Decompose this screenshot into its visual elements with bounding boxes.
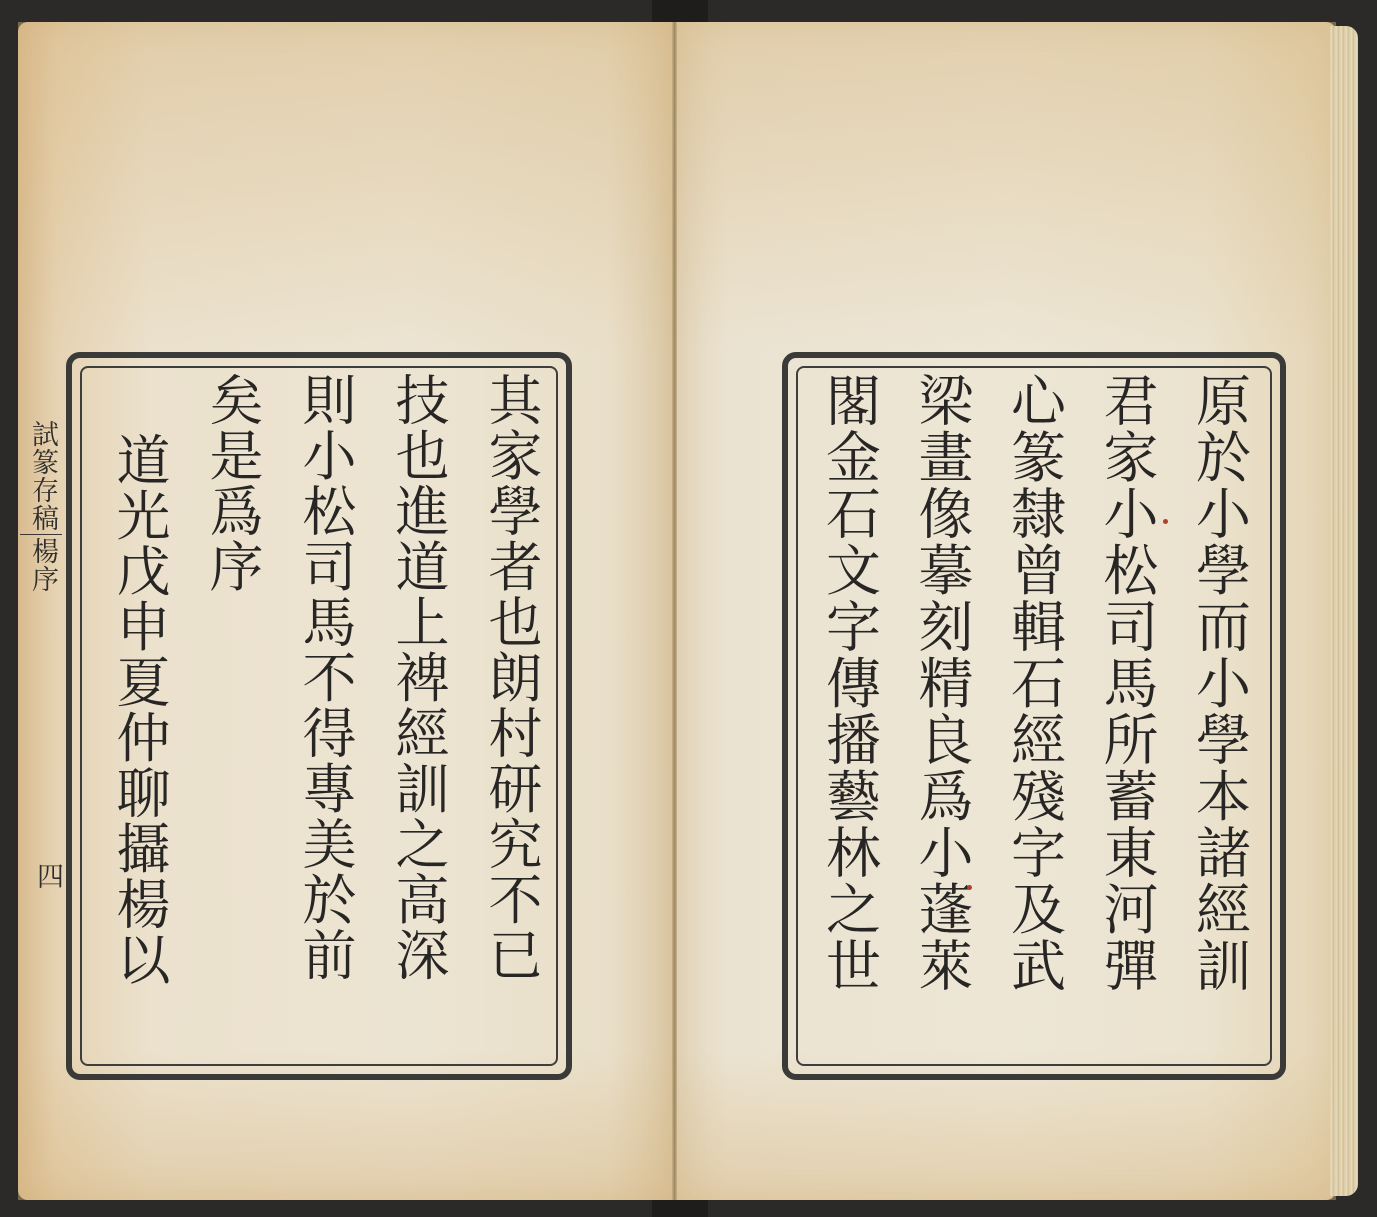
paper-discoloration-top bbox=[18, 22, 674, 352]
red-punctuation-mark bbox=[967, 885, 972, 890]
text-column: 心篆隸曾輯石經殘字及武 bbox=[989, 372, 1079, 1060]
book-spread: 試篆存稿 楊序 四 其家學者也朗村研究不已 技也進道上裨經訓之高深 則小松司馬不… bbox=[0, 0, 1377, 1217]
text-column: 矣是爲序 bbox=[187, 372, 277, 1060]
right-text-frame: 原於小學而小學本諸經訓 君家小松司馬所蓄東河彈 心篆隸曾輯石經殘字及武 梁畫像摹… bbox=[782, 352, 1286, 1080]
left-text-columns: 其家學者也朗村研究不已 技也進道上裨經訓之高深 則小松司馬不得專美於前 矣是爲序… bbox=[94, 372, 556, 1060]
gutter-fold bbox=[672, 22, 677, 1200]
colophon-column: 道光戊申夏仲聊攝楊以 bbox=[94, 372, 184, 1060]
banxin-divider bbox=[20, 534, 62, 535]
spine-top-shadow bbox=[652, 0, 708, 22]
book-title: 試篆存稿 bbox=[20, 420, 64, 532]
text-column: 君家小松司馬所蓄東河彈 bbox=[1082, 372, 1172, 1060]
banxin-margin-title: 試篆存稿 楊序 bbox=[20, 420, 66, 593]
text-column: 技也進道上裨經訓之高深 bbox=[373, 372, 463, 1060]
text-column: 梁畫像摹刻精良爲小蓬萊 bbox=[897, 372, 987, 1060]
text-column: 其家學者也朗村研究不已 bbox=[466, 372, 556, 1060]
text-column: 則小松司馬不得專美於前 bbox=[280, 372, 370, 1060]
red-punctuation-mark bbox=[1163, 519, 1168, 524]
section-title: 楊序 bbox=[20, 537, 64, 593]
text-column: 原於小學而小學本諸經訓 bbox=[1174, 372, 1264, 1060]
right-text-columns: 原於小學而小學本諸經訓 君家小松司馬所蓄東河彈 心篆隸曾輯石經殘字及武 梁畫像摹… bbox=[804, 372, 1264, 1060]
left-text-frame: 其家學者也朗村研究不已 技也進道上裨經訓之高深 則小松司馬不得專美於前 矣是爲序… bbox=[66, 352, 572, 1080]
paper-discoloration-top bbox=[676, 22, 1336, 352]
spine-bottom-shadow bbox=[652, 1200, 708, 1217]
text-column: 閣金石文字傳播藝林之世 bbox=[804, 372, 894, 1060]
page-number: 四 bbox=[28, 862, 67, 889]
fore-edge-page-stack bbox=[1330, 26, 1358, 1196]
